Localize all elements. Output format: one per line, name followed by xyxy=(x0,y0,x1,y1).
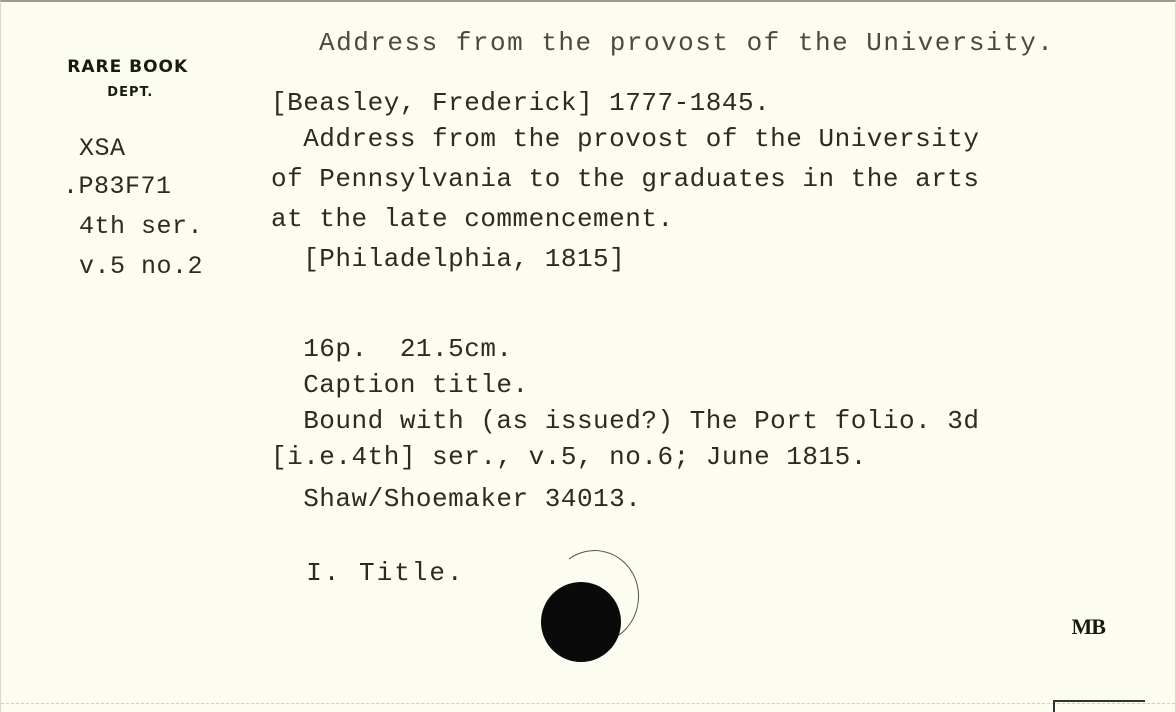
imprint: [Philadelphia, 1815] xyxy=(271,244,625,274)
tracing-heading: Address from the provost of the Universi… xyxy=(319,28,1054,58)
card-bottom-edge xyxy=(1,703,1175,704)
title-line-1: Address from the provost of the Universi… xyxy=(271,124,980,154)
main-entry: [Beasley, Frederick] 1777-1845. xyxy=(271,88,770,118)
call-number-line-4: v.5 no.2 xyxy=(79,252,203,281)
stamp-line-2: DEPT. xyxy=(107,85,153,100)
note-4: Shaw/Shoemaker 34013. xyxy=(271,484,641,514)
call-number-line-1: XSA xyxy=(79,134,126,163)
note-3: [i.e.4th] ser., v.5, no.6; June 1815. xyxy=(271,442,867,472)
department-stamp-2: DEPT. xyxy=(81,62,153,119)
title-line-2: of Pennsylvania to the graduates in the … xyxy=(271,164,980,194)
next-card-corner xyxy=(1053,700,1145,712)
call-number-line-3: 4th ser. xyxy=(79,212,203,241)
call-number-line-2: .P83F71 xyxy=(63,172,172,201)
added-entry: I. Title. xyxy=(271,558,465,588)
collation: 16p. 21.5cm. xyxy=(271,334,513,364)
catalog-card: RARE BOOK DEPT. Address from the provost… xyxy=(0,0,1176,712)
note-2: Bound with (as issued?) The Port folio. … xyxy=(271,406,980,436)
note-1: Caption title. xyxy=(271,370,529,400)
punch-hole xyxy=(541,582,621,662)
cataloger-initials: MB xyxy=(1072,614,1105,640)
title-line-3: at the late commencement. xyxy=(271,204,674,234)
